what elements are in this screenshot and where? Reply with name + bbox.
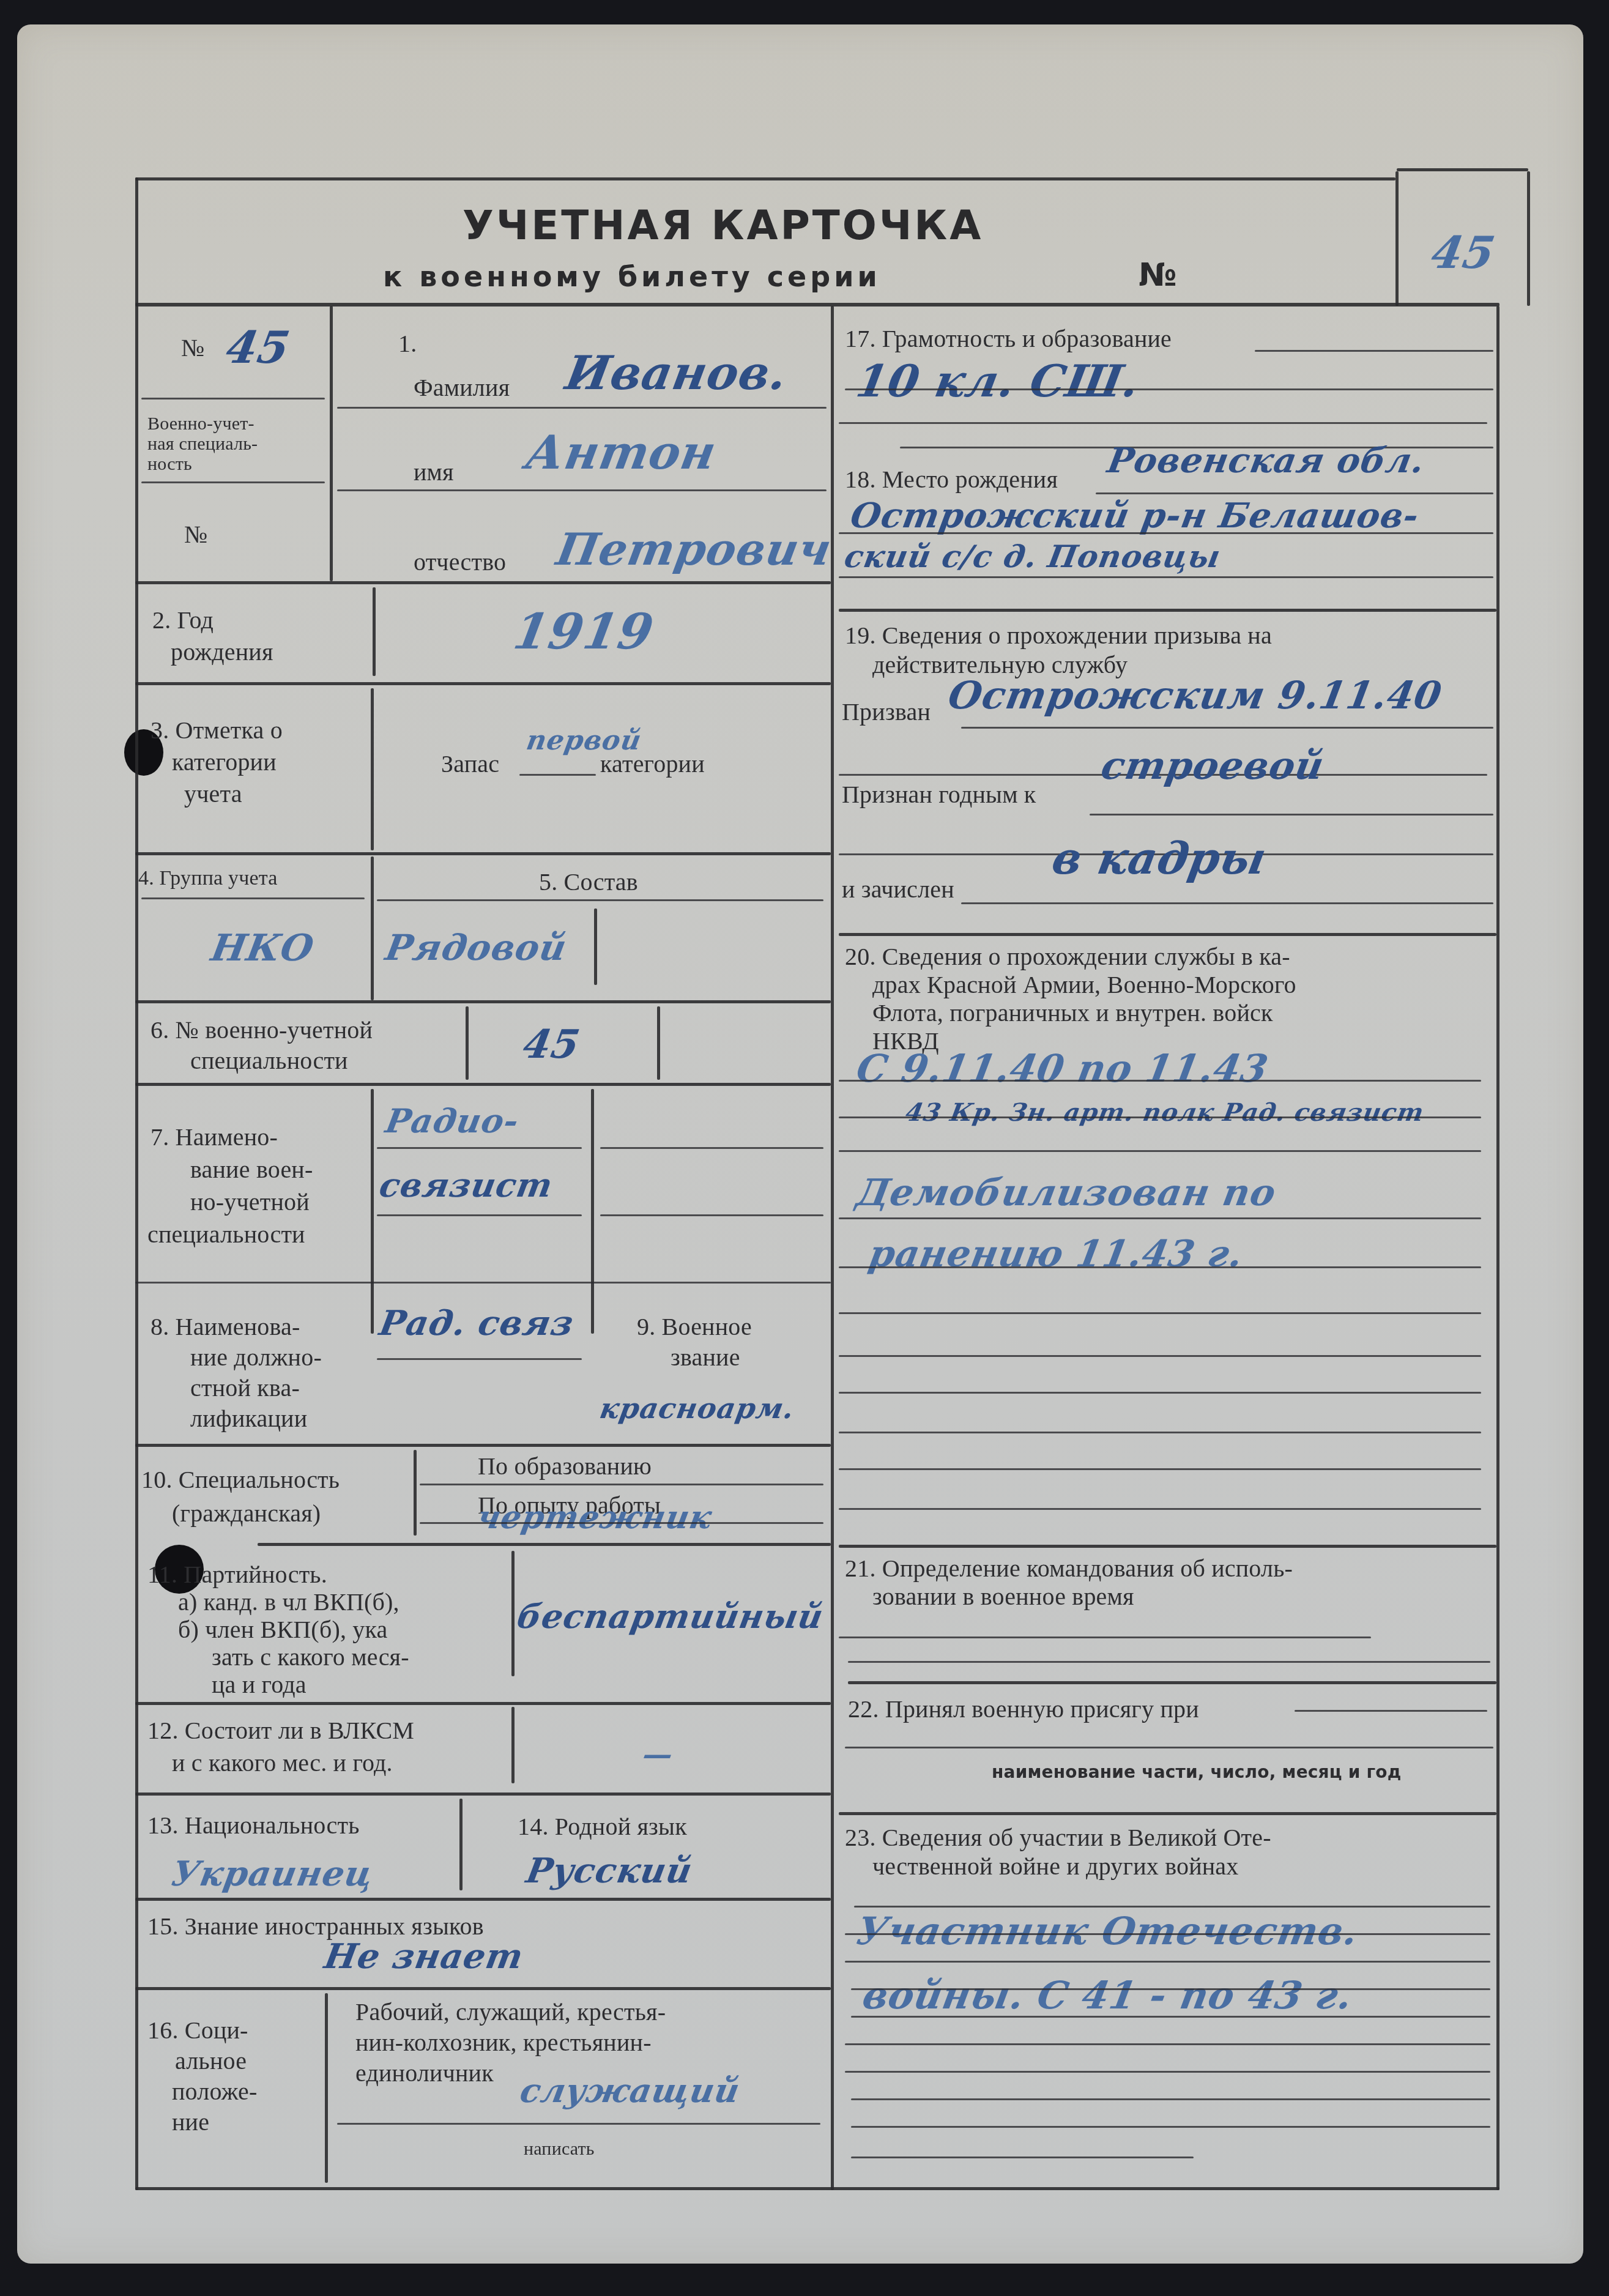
f19-drafted-label: Призван (842, 697, 931, 727)
f20-line-10 (839, 1468, 1481, 1470)
f16-line (337, 2123, 820, 2125)
f3-label-2: категории (172, 748, 277, 778)
f2-birth-year: 1919 (510, 603, 658, 660)
f6-divider-1 (466, 1006, 469, 1080)
top-no-value: 45 (223, 321, 294, 373)
form-subtitle: к военному билету серии (383, 260, 881, 293)
f17-education-value: 10 кл. СШ. (853, 355, 1143, 407)
f11-divider (511, 1551, 515, 1676)
f7-vus-name-line1: Радио- (382, 1101, 522, 1140)
f20-line-8 (839, 1392, 1481, 1394)
f12-divider (511, 1707, 515, 1783)
rule-no-vus (141, 398, 325, 399)
rule-f3 (135, 852, 831, 855)
f14-native-language-value: Русский (523, 1851, 696, 1891)
f10-divider (414, 1450, 417, 1536)
f7-vus-name-line2: связист (376, 1165, 556, 1205)
name-value: Антон (522, 425, 721, 480)
f3-divider (371, 688, 374, 850)
f19-enlisted-label: и зачислен (842, 875, 954, 905)
f20-line-1 (839, 1080, 1481, 1082)
f20-service-line2: 43 Кр. Зн. арт. полк Рад. связист (904, 1098, 1426, 1127)
rule-f7 (135, 1282, 831, 1284)
f20-label-1: 20. Сведения о прохождении службы в ка- (845, 942, 1290, 972)
f16-label-2: альное (175, 2046, 247, 2076)
number-box-right (1527, 171, 1530, 306)
f23-war-participation-line1: Участник Отечеств. (853, 1909, 1362, 1953)
f12-komsomol-value: — (640, 1737, 676, 1772)
f11-label-5: ца и года (212, 1670, 307, 1700)
f11-label-2: а) канд. в чл ВКП(б), (178, 1588, 399, 1618)
f23-label-2: чественной войне и других войнах (872, 1852, 1239, 1882)
f7-label-3: но-учетной (190, 1187, 310, 1217)
f18-birthplace-line3: ский с/с д. Поповцы (842, 538, 1224, 574)
f12-label-2: и с какого мес. и год. (172, 1748, 393, 1778)
f7-divider-1 (371, 1089, 374, 1334)
f23-line-8 (851, 2098, 1490, 2100)
card-number-value: 45 (1428, 226, 1499, 278)
f18-line-1 (1096, 492, 1493, 494)
rule-f11 (135, 1702, 831, 1705)
f21-line-2 (848, 1661, 1490, 1663)
f4-underline (141, 897, 365, 899)
f16-label-3: положе- (172, 2077, 257, 2107)
block1-divider (330, 306, 333, 581)
f20-line-11 (839, 1508, 1481, 1510)
rule-f12 (135, 1793, 831, 1796)
f17-label-line (1255, 350, 1493, 352)
rule-f4f5 (135, 1000, 831, 1003)
f16-options-2: нин-колхозник, крестьянин- (355, 2028, 652, 2058)
f16-caption: написать (524, 2138, 595, 2161)
f23-line-6 (845, 2043, 1490, 2045)
f11-label-4: зать с какого меся- (212, 1643, 409, 1673)
f13-nationality-value: Украинец (168, 1854, 377, 1894)
f20-line-2 (839, 1116, 1481, 1118)
f8-qualification-value: Рад. связ (376, 1303, 577, 1343)
f7-divider-2 (591, 1089, 594, 1334)
rule-surname (337, 407, 827, 409)
f22-line (845, 1747, 1493, 1748)
f3-label-1: 3. Отметка о (150, 716, 283, 746)
f20-line-7 (839, 1355, 1481, 1357)
number-box-top (1397, 168, 1528, 171)
f7-right-line-1 (600, 1147, 823, 1149)
rule-f6 (135, 1083, 831, 1086)
f19-label-1: 19. Сведения о прохождении призыва на (845, 621, 1272, 651)
f12-label-1: 12. Состоит ли в ВЛКСМ (147, 1716, 414, 1746)
surname-value: Иванов. (562, 346, 792, 400)
frame-left (135, 177, 138, 2190)
f2-divider (373, 587, 376, 676)
f7-label-1: 7. Наимено- (150, 1123, 278, 1153)
f10-line-2 (420, 1522, 823, 1524)
f16-label-4: ние (172, 2108, 209, 2138)
f18-birthplace-line2: Острожский р-н Белашов- (847, 496, 1422, 536)
f22-label: 22. Принял военную присягу при (848, 1695, 1199, 1725)
f19-line-3 (1090, 814, 1493, 815)
f14-label: 14. Родной язык (518, 1812, 687, 1842)
rule-f22 (839, 1812, 1496, 1815)
f7-line-1 (377, 1147, 582, 1149)
f23-line-10 (851, 2157, 1194, 2158)
rule-f21 (848, 1681, 1496, 1684)
f19-enlisted-value: в кадры (1049, 832, 1271, 884)
f6-label-2: специальности (190, 1046, 348, 1076)
f11-label-1: 11. Партийность. (147, 1560, 327, 1590)
f20-service-line3: Демобилизован по (853, 1172, 1279, 1214)
f23-line-3 (845, 1961, 1490, 1963)
f2-label-2: рождения (171, 637, 273, 667)
f19-line-1 (961, 727, 1493, 729)
f13-divider (459, 1799, 463, 1890)
f16-divider (325, 1993, 328, 2183)
f20-label-3: Флота, пограничных и внутрен. войск (872, 998, 1273, 1028)
vus-label-3: ность (147, 453, 192, 476)
field1-number: 1. (398, 329, 417, 359)
rule-f15 (135, 1987, 831, 1990)
f5-underline (377, 899, 823, 901)
rule-f2 (135, 682, 831, 685)
f9-label-2: звание (671, 1343, 740, 1373)
f23-war-participation-line2: войны. С 41 - по 43 г. (860, 1973, 1356, 2018)
f4-label: 4. Группа учета (138, 866, 278, 891)
f10-label-1: 10. Специальность (141, 1465, 340, 1495)
f16-options-3: единоличник (355, 2059, 494, 2089)
rule-f20 (839, 1545, 1496, 1548)
header-bottom-rule (135, 303, 1499, 307)
f6-label-1: 6. № военно-учетной (150, 1016, 373, 1046)
f23-line-2 (845, 1933, 1490, 1935)
f22-label-line (1295, 1710, 1487, 1712)
f23-label-1: 23. Сведения об участии в Великой Оте- (845, 1823, 1271, 1853)
f8-label-3: стной ква- (190, 1373, 300, 1403)
f10-line-1 (420, 1484, 823, 1485)
rule-name (337, 489, 827, 491)
f17-line-2 (839, 422, 1487, 424)
registration-card-form: УЧЕТНАЯ КАРТОЧКА к военному билету серии… (135, 177, 1542, 2196)
f8-label-2: ние должно- (190, 1343, 322, 1373)
f23-line-7 (845, 2071, 1490, 2073)
f16-social-status-value: служащий (517, 2071, 743, 2110)
f21-label-2: зовании в военное время (872, 1582, 1134, 1612)
f7-right-line-2 (600, 1214, 823, 1216)
f19-line-5 (961, 902, 1493, 904)
f18-birthplace-line1: Ровенская обл. (1104, 440, 1428, 481)
f10-specialty-value: чертежник (475, 1499, 715, 1536)
f20-line-6 (839, 1312, 1481, 1314)
vus-label-1: Военно-учет- (147, 413, 255, 436)
top-no-label: № (181, 333, 204, 363)
frame-right (1496, 306, 1499, 2190)
f23-line-9 (851, 2126, 1490, 2128)
f10-by-education: По образованию (478, 1452, 652, 1482)
f3-category-underline (519, 774, 596, 776)
rule-f10 (258, 1543, 831, 1546)
f18-line-2 (839, 532, 1493, 534)
frame-top (135, 177, 1395, 180)
number-label: № (1139, 257, 1180, 294)
f4-group-value: НКО (208, 927, 318, 970)
f11-party-value: беспартийный (514, 1597, 827, 1636)
f9-label-1: 9. Военное (637, 1312, 752, 1342)
rule-f13f14 (135, 1898, 831, 1901)
f21-line-1 (839, 1637, 1371, 1638)
f20-line-4 (839, 1217, 1481, 1219)
f20-service-line4: ранению 11.43 г. (866, 1233, 1247, 1276)
f23-line-5 (851, 2016, 1490, 2018)
f20-service-line1: С 9.11.40 по 11.43 (853, 1046, 1272, 1091)
f3-category-label: категории (600, 749, 705, 779)
vus-label-2: ная специаль- (147, 433, 258, 456)
rule-f18 (839, 609, 1496, 612)
f19-fit-value: строевой (1098, 743, 1328, 788)
f3-reserve-label: Запас (441, 749, 499, 779)
f8-line (377, 1358, 582, 1360)
document-paper: УЧЕТНАЯ КАРТОЧКА к военному билету серии… (17, 24, 1583, 2264)
f5-composition-value: Рядовой (382, 927, 570, 968)
f23-line-1 (854, 1906, 1490, 1908)
f20-line-3 (839, 1150, 1481, 1152)
f21-label-1: 21. Определение командования об исполь- (845, 1554, 1293, 1584)
f20-label-2: драх Красной Армии, Военно-Морского (872, 970, 1296, 1000)
rule-f19 (839, 933, 1496, 936)
f20-line-5 (839, 1266, 1481, 1268)
frame-bottom (135, 2187, 1499, 2190)
f15-foreign-languages-value: Не знает (321, 1936, 526, 1977)
f18-label: 18. Место рождения (845, 465, 1058, 495)
name-label: имя (414, 458, 454, 488)
patronymic-label: отчество (414, 548, 506, 578)
f22-caption: наименование части, число, месяц и год (992, 1762, 1402, 1783)
f4-divider (371, 856, 374, 1000)
rule-block1 (135, 581, 831, 584)
f11-label-3: б) член ВКП(б), ука (178, 1615, 388, 1645)
f5-label: 5. Состав (539, 868, 638, 897)
f3-label-3: учета (184, 779, 242, 809)
f5-subdivider (594, 908, 597, 985)
f19-drafted-value: Острожским 9.11.40 (945, 673, 1446, 718)
f2-label-1: 2. Год (152, 606, 214, 636)
f8-label-1: 8. Наименова- (150, 1312, 300, 1342)
form-title: УЧЕТНАЯ КАРТОЧКА (463, 202, 983, 249)
f16-options-1: Рабочий, служащий, крестья- (355, 1997, 666, 2027)
f17-label: 17. Грамотность и образование (845, 324, 1172, 354)
f6-vus-number-value: 45 (519, 1022, 583, 1068)
f17-line-1 (845, 388, 1493, 390)
second-no-label: № (184, 520, 207, 550)
f9-rank-value: красноарм. (597, 1392, 797, 1425)
number-box-left (1395, 171, 1399, 306)
f7-label-2: вание воен- (190, 1155, 313, 1185)
f8-label-4: лификации (190, 1404, 307, 1434)
f13-label: 13. Национальность (147, 1811, 360, 1841)
surname-label: Фамилия (414, 373, 510, 403)
f6-divider-2 (657, 1006, 660, 1080)
column-divider (831, 306, 834, 2190)
rule-vus-no (141, 481, 325, 483)
f7-label-4: специальности (147, 1220, 305, 1250)
rule-f8f9 (135, 1444, 831, 1447)
f18-line-3 (839, 576, 1493, 578)
f20-line-9 (839, 1432, 1481, 1433)
f16-label-1: 16. Соци- (147, 2016, 248, 2046)
f10-label-2: (гражданская) (172, 1499, 321, 1529)
f7-line-2 (377, 1214, 582, 1216)
f23-line-4 (851, 1988, 1490, 1990)
f19-fit-label: Признан годным к (842, 780, 1036, 810)
patronymic-value: Петрович (553, 523, 836, 575)
